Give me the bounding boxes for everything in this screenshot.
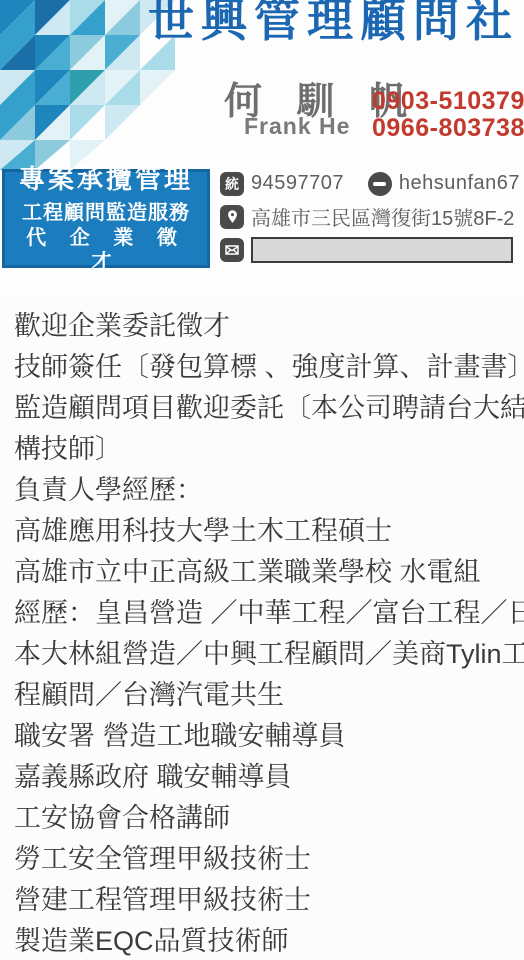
business-card: 世興管理顧問社 何 馴 帆 Frank He 0903-510379 0966-… [0,0,524,300]
text-line: 高雄應用科技大學土木工程碩士 [14,511,520,552]
text-line: 負責人學經歷： [14,470,520,511]
email-icon [220,238,244,262]
line-id-group: hehsunfan67 [368,172,520,196]
contact-row-address: 高雄市三民區灣復街15號8F-2 [220,200,520,233]
services-banner: 專案承攬管理 工程顧問監造服務 代 企 業 徵 才 [2,169,210,268]
phone-numbers: 0903-510379 0966-803738 [372,88,524,142]
text-line: 本大林組營造／中興工程顧問／美商Tylin工 [14,634,520,675]
banner-service-2: 工程顧問監造服務 [22,201,190,225]
text-line: 高雄市立中正高級工業職業學校 水電組 [14,552,520,593]
phone-number-1: 0903-510379 [372,88,524,115]
location-pin-icon [220,205,244,229]
line-messenger-icon [368,172,392,196]
text-line: 工安協會合格講師 [14,798,520,839]
text-line: 營建工程管理甲級技術士 [14,880,520,921]
text-line: 製造業EQC品質技術師 [14,921,520,960]
text-line: 監造顧問項目歡迎委託〔本公司聘請台大結 [14,388,520,429]
contact-row-email [220,233,520,266]
text-line: 程顧問／台灣汽電共生 [14,675,520,716]
contact-info: 統 94597707 hehsunfan67 高雄市三民區灣復街15號8F-2 [220,167,520,266]
text-line: 技師簽任〔發包算標 、強度計算、計畫書〕 [14,347,520,388]
text-line: 職安署 營造工地職安輔導員 [14,716,520,757]
tax-id-number: 94597707 [251,172,344,195]
line-id: hehsunfan67 [399,172,520,195]
tax-id-icon: 統 [220,172,244,196]
banner-service-main: 專案承攬管理 [19,164,193,194]
text-line: 勞工安全管理甲級技術士 [14,839,520,880]
job-description-text: 歡迎企業委託徵才 技師簽任〔發包算標 、強度計算、計畫書〕 監造顧問項目歡迎委託… [14,306,520,960]
person-name-english: Frank He [244,113,350,140]
tax-id-group: 統 94597707 [220,172,344,196]
text-line: 經歷：皇昌營造 ／中華工程／富台工程／日 [14,593,520,634]
company-title: 世興管理顧問社 [148,0,524,47]
contact-row-ids: 統 94597707 hehsunfan67 [220,167,520,200]
redacted-email-box [251,237,513,263]
phone-number-2: 0966-803738 [372,115,524,142]
address-text: 高雄市三民區灣復街15號8F-2 [251,202,514,231]
text-line: 構技師〕 [14,429,520,470]
text-line: 嘉義縣政府 職安輔導員 [14,757,520,798]
text-line: 歡迎企業委託徵才 [14,306,520,347]
banner-service-3: 代 企 業 徵 才 [5,226,207,274]
